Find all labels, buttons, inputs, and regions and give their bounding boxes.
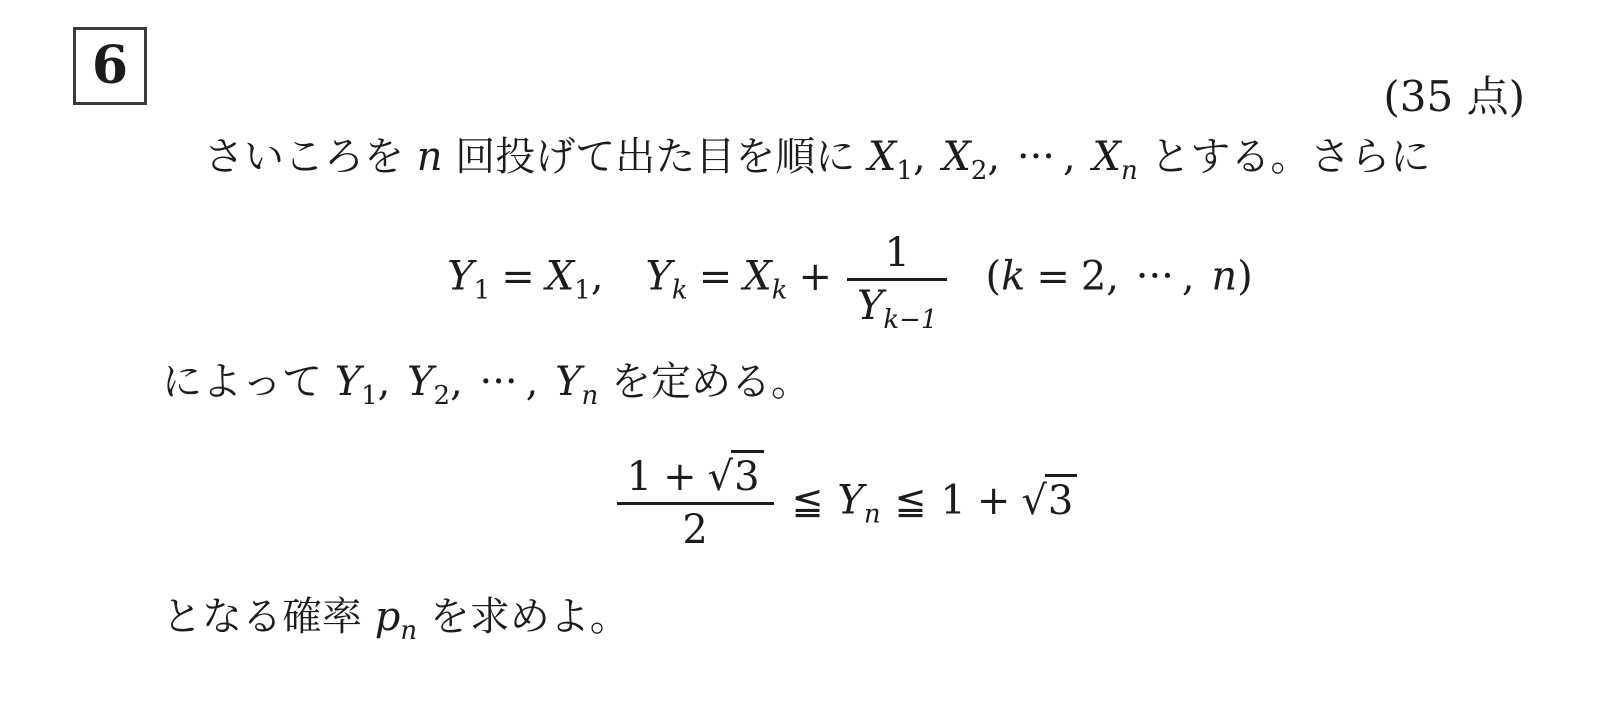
- paren-open: (: [985, 254, 1001, 300]
- equals: =: [1036, 254, 1070, 300]
- value-one: 1: [627, 454, 652, 500]
- var-yk-sub: k: [672, 276, 688, 306]
- problem-number-box: 6: [73, 27, 147, 105]
- comma: ,: [450, 359, 463, 405]
- fraction-1-over-yk-1: 1Yk−1: [847, 228, 948, 331]
- var-x1-sub: 1: [574, 276, 591, 306]
- intro-jp-lead: さいころを: [204, 134, 417, 180]
- recurrence-formula: Y1=X1,Yk=Xk+1Yk−1(k=2, ···, n): [100, 228, 1600, 331]
- var-y-den-sub: k−1: [883, 305, 937, 335]
- var-y2-sub: 2: [434, 381, 451, 411]
- var-yk: Y: [646, 254, 672, 300]
- cdots: ···: [480, 359, 518, 405]
- points-label: (35 点): [1383, 64, 1525, 124]
- radical-sign: √: [708, 454, 734, 500]
- var-xn-sub: n: [1121, 156, 1138, 186]
- var-x2-sub: 2: [971, 156, 988, 186]
- leq-symbol: ≦: [792, 479, 824, 523]
- equals: =: [699, 254, 733, 300]
- var-x2: X: [942, 134, 970, 180]
- var-yn: Y: [837, 478, 863, 524]
- comma: ,: [987, 134, 1000, 180]
- intro-jp-mid: 回投げて出た目を順に: [442, 134, 867, 180]
- var-yn-sub: n: [582, 381, 599, 411]
- var-k: k: [1001, 254, 1025, 300]
- fraction-denominator: Yk−1: [847, 278, 948, 331]
- exam-problem-page: 6 (35 点) さいころを n 回投げて出た目を順に X1, X2, ···,…: [0, 0, 1610, 705]
- inequality-formula: 1+√32≦Yn≦1+√3: [90, 452, 1600, 555]
- value-one: 1: [940, 478, 965, 524]
- comma: ,: [1063, 134, 1076, 180]
- equals: =: [501, 254, 535, 300]
- comma: ,: [526, 359, 539, 405]
- closing-line: となる確率 pn を求めよ。: [162, 591, 630, 643]
- fraction-denominator: 2: [617, 502, 774, 555]
- value-two: 2: [1081, 254, 1106, 300]
- sqrt-3: √3: [708, 454, 764, 500]
- leq-symbol: ≦: [895, 479, 927, 523]
- var-yn-sub: n: [864, 500, 881, 530]
- var-y-den: Y: [857, 283, 883, 329]
- var-xn: X: [1092, 134, 1120, 180]
- var-pn: p: [375, 594, 401, 640]
- plus: +: [663, 454, 697, 500]
- definition-jp-lead: によって: [162, 359, 335, 405]
- comma: ,: [913, 134, 926, 180]
- radical-sign: √: [1021, 478, 1047, 524]
- fraction-1-plus-sqrt3-over-2: 1+√32: [617, 452, 774, 555]
- var-x1: X: [546, 254, 574, 300]
- var-x1: X: [868, 134, 896, 180]
- definition-jp-tail: を定める。: [598, 359, 811, 405]
- var-y1-sub: 1: [361, 381, 378, 411]
- var-pn-sub: n: [400, 616, 417, 646]
- var-xk: X: [743, 254, 771, 300]
- var-y1: Y: [335, 359, 361, 405]
- comma: ,: [1182, 254, 1195, 300]
- closing-jp-tail: を求めよ。: [417, 594, 630, 640]
- radicand: 3: [731, 450, 763, 500]
- intro-jp-tail: とする。さらに: [1138, 134, 1431, 180]
- closing-jp-lead: となる確率: [162, 594, 375, 640]
- cdots: ···: [1017, 134, 1055, 180]
- var-y2: Y: [407, 359, 433, 405]
- var-y1: Y: [447, 254, 473, 300]
- fraction-numerator: 1+√3: [617, 452, 774, 502]
- definition-line: によって Y1, Y2, ···, Yn を定める。: [162, 356, 811, 408]
- comma: ,: [591, 254, 604, 300]
- intro-line: さいころを n 回投げて出た目を順に X1, X2, ···, Xn とする。さ…: [204, 131, 1430, 183]
- plus: +: [977, 478, 1011, 524]
- var-x1-sub: 1: [896, 156, 913, 186]
- var-y1-sub: 1: [474, 276, 491, 306]
- plus: +: [798, 254, 832, 300]
- var-n: n: [1211, 254, 1237, 300]
- cdots: ···: [1136, 254, 1174, 300]
- problem-number: 6: [92, 40, 128, 92]
- sqrt-3: √3: [1021, 478, 1077, 524]
- paren-close: ): [1237, 254, 1253, 300]
- var-yn: Y: [555, 359, 581, 405]
- fraction-numerator: 1: [847, 228, 948, 278]
- var-n: n: [417, 134, 443, 180]
- radicand: 3: [1045, 474, 1077, 524]
- comma: ,: [378, 359, 391, 405]
- comma: ,: [1106, 254, 1119, 300]
- var-xk-sub: k: [772, 276, 788, 306]
